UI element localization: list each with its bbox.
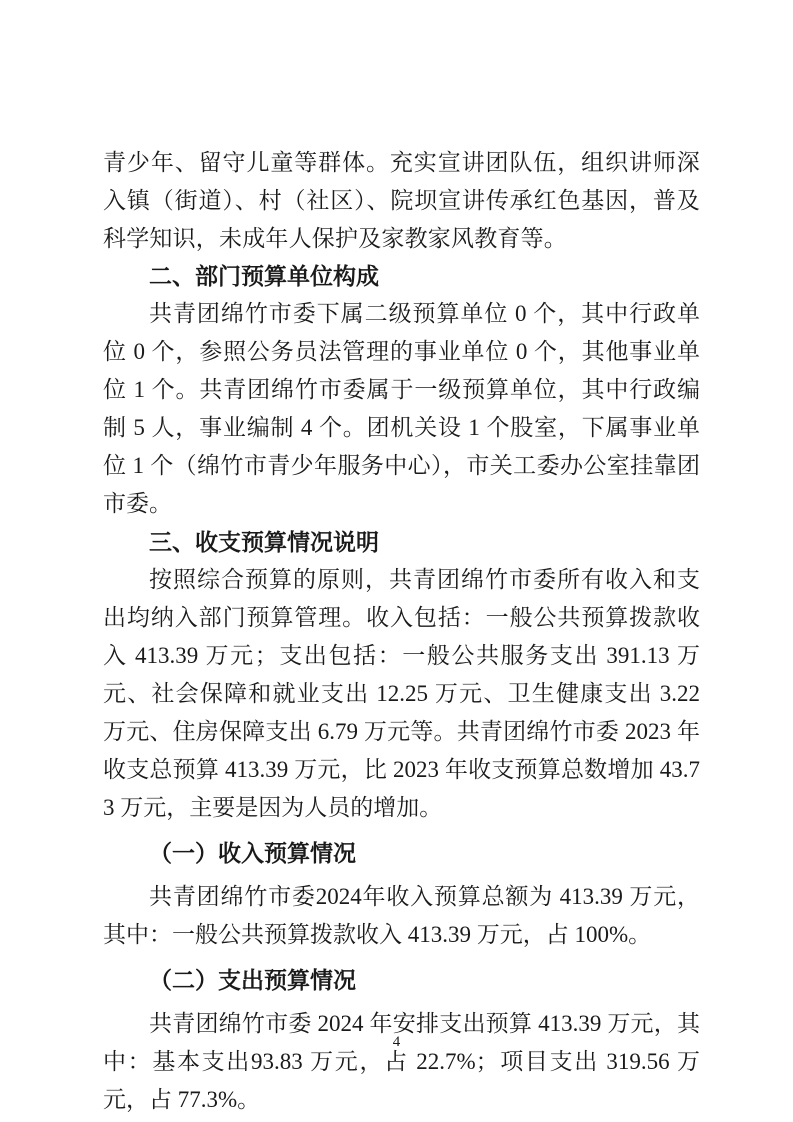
document-page: 青少年、留守儿童等群体。充实宣讲团队伍，组织讲师深入镇（街道）、村（社区）、院坝… — [0, 0, 793, 1122]
income-budget-paragraph: 共青团绵竹市委2024年收入预算总额为 413.39 万元，其中：一般公共预算拨… — [103, 878, 700, 954]
subsection-heading-expenditure-budget: （二）支出预算情况 — [103, 962, 700, 1000]
section-heading-revenue-expenditure-notes: 三、收支预算情况说明 — [103, 523, 700, 561]
subsection-heading-income-budget: （一）收入预算情况 — [103, 835, 700, 873]
paragraph-continuation: 青少年、留守儿童等群体。充实宣讲团队伍，组织讲师深入镇（街道）、村（社区）、院坝… — [103, 143, 700, 257]
section-heading-budget-unit-composition: 二、部门预算单位构成 — [103, 257, 700, 295]
revenue-expenditure-overview-paragraph: 按照综合预算的原则，共青团绵竹市委所有收入和支出均纳入部门预算管理。收入包括：一… — [103, 561, 700, 827]
expenditure-budget-paragraph: 共青团绵竹市委 2024 年安排支出预算 413.39 万元，其中：基本支出93… — [103, 1005, 700, 1119]
budget-unit-composition-paragraph: 共青团绵竹市委下属二级预算单位 0 个，其中行政单位 0 个，参照公务员法管理的… — [103, 295, 700, 523]
page-content: 青少年、留守儿童等群体。充实宣讲团队伍，组织讲师深入镇（街道）、村（社区）、院坝… — [103, 143, 700, 1119]
page-number: 4 — [0, 1032, 793, 1052]
